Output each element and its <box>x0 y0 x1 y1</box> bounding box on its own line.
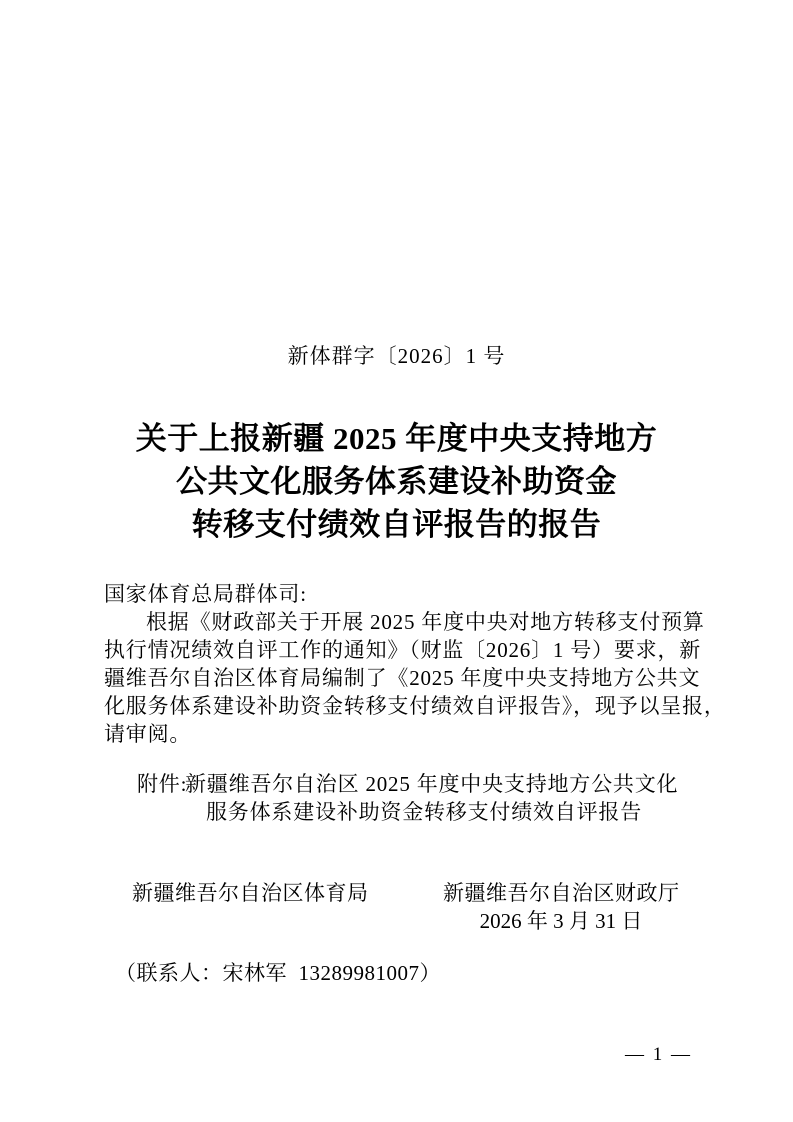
paragraph-line-2: 执行情况绩效自评工作的通知》（财监〔2026〕1 号）要求，新 <box>104 636 700 664</box>
attachment-label: 附件: <box>137 770 187 798</box>
title-line-2: 公共文化服务体系建设补助资金 <box>0 460 793 503</box>
attachment-line-1: 新疆维吾尔自治区 2025 年度中央支持地方公共文化 <box>185 770 678 798</box>
paragraph-line-5: 请审阅。 <box>104 720 700 748</box>
paragraph-line-1: 根据《财政部关于开展 2025 年度中央对地方转移支付预算 <box>104 608 700 636</box>
signature-right-org: 新疆维吾尔自治区财政厅 <box>443 877 680 907</box>
signature-date: 2026 年 3 月 31 日 <box>443 905 679 935</box>
title-line-1: 关于上报新疆 2025 年度中央支持地方 <box>0 417 793 460</box>
page-number: — 1 — <box>625 1044 692 1066</box>
document-body: 国家体育总局群体司: 根据《财政部关于开展 2025 年度中央对地方转移支付预算… <box>104 580 700 748</box>
signature-left-org: 新疆维吾尔自治区体育局 <box>132 877 369 907</box>
document-page: 新体群字〔2026〕1 号 关于上报新疆 2025 年度中央支持地方 公共文化服… <box>0 0 793 1122</box>
doc-number: 新体群字〔2026〕1 号 <box>0 340 793 370</box>
paragraph-line-3: 疆维吾尔自治区体育局编制了《2025 年度中央支持地方公共文 <box>104 664 700 692</box>
document-title: 关于上报新疆 2025 年度中央支持地方 公共文化服务体系建设补助资金 转移支付… <box>0 417 793 546</box>
paragraph-line-4: 化服务体系建设补助资金转移支付绩效自评报告》，现予以呈报， <box>104 692 700 720</box>
attachment-line-2: 服务体系建设补助资金转移支付绩效自评报告 <box>206 798 678 826</box>
attachment-content: 新疆维吾尔自治区 2025 年度中央支持地方公共文化 服务体系建设补助资金转移支… <box>185 770 678 826</box>
contact-line: （联系人：宋林军 13289981007） <box>115 957 441 987</box>
salutation: 国家体育总局群体司: <box>104 580 700 608</box>
title-line-3: 转移支付绩效自评报告的报告 <box>0 503 793 546</box>
